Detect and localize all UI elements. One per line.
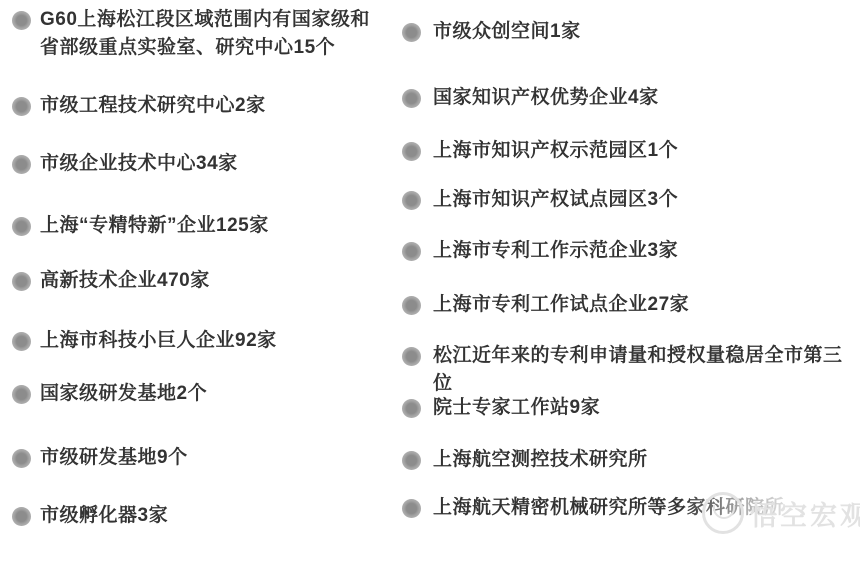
list-item: 上海市知识产权试点园区3个	[402, 186, 678, 214]
bullet-icon	[402, 142, 421, 161]
list-item: 国家知识产权优势企业4家	[402, 84, 659, 112]
bullet-icon	[402, 296, 421, 315]
list-item: 上海市知识产权示范园区1个	[402, 137, 678, 165]
list-item: 市级工程技术研究中心2家	[12, 92, 266, 120]
list-item: 上海航天精密机械研究所等多家科研院所	[402, 494, 784, 522]
bullet-icon	[402, 451, 421, 470]
list-item: 国家级研发基地2个	[12, 380, 207, 408]
list-item: 上海航空测控技术研究所	[402, 446, 648, 474]
list-item-text: 上海“专精特新”企业125家	[40, 212, 269, 240]
bullet-icon	[402, 499, 421, 518]
list-item-text: 市级企业技术中心34家	[40, 150, 238, 178]
list-item: G60上海松江段区域范围内有国家级和 省部级重点实验室、研究中心15个	[12, 6, 370, 62]
bullet-icon	[402, 23, 421, 42]
list-item: 上海市专利工作示范企业3家	[402, 237, 678, 265]
list-item-text: 市级孵化器3家	[40, 502, 168, 530]
bullet-icon	[402, 89, 421, 108]
list-item-text: 松江近年来的专利申请量和授权量稳居全市第三位	[433, 342, 860, 398]
list-item-text: 国家知识产权优势企业4家	[433, 84, 659, 112]
bullet-icon	[12, 507, 31, 526]
list-item-text: 上海市专利工作试点企业27家	[433, 291, 689, 319]
list-item-text: 市级工程技术研究中心2家	[40, 92, 266, 120]
list-item-text: 院士专家工作站9家	[433, 394, 600, 422]
infographic-page: G60上海松江段区域范围内有国家级和 省部级重点实验室、研究中心15个 市级工程…	[0, 0, 860, 562]
bullet-icon	[12, 449, 31, 468]
list-item-text: 高新技术企业470家	[40, 267, 210, 295]
bullet-icon	[12, 97, 31, 116]
list-item: 松江近年来的专利申请量和授权量稳居全市第三位	[402, 342, 860, 398]
bullet-icon	[402, 191, 421, 210]
list-item: 市级企业技术中心34家	[12, 150, 238, 178]
bullet-icon	[402, 399, 421, 418]
list-item: 市级孵化器3家	[12, 502, 168, 530]
list-item: 市级研发基地9个	[12, 444, 188, 472]
list-item-text: 市级众创空间1家	[433, 18, 581, 46]
list-item: 市级众创空间1家	[402, 18, 581, 46]
list-item: 上海市专利工作试点企业27家	[402, 291, 689, 319]
list-item: 上海“专精特新”企业125家	[12, 212, 269, 240]
list-item-text: G60上海松江段区域范围内有国家级和 省部级重点实验室、研究中心15个	[40, 6, 370, 62]
bullet-icon	[12, 332, 31, 351]
bullet-icon	[12, 217, 31, 236]
list-item: 高新技术企业470家	[12, 267, 210, 295]
list-item-text: 上海航天精密机械研究所等多家科研院所	[433, 494, 784, 522]
list-item-text: 上海市科技小巨人企业92家	[40, 327, 277, 355]
list-item-text: 上海市知识产权试点园区3个	[433, 186, 678, 214]
bullet-icon	[12, 155, 31, 174]
bullet-icon	[402, 347, 421, 366]
bullet-icon	[12, 11, 31, 30]
bullet-icon	[12, 385, 31, 404]
list-item: 上海市科技小巨人企业92家	[12, 327, 277, 355]
list-item-text: 上海航空测控技术研究所	[433, 446, 648, 474]
list-item-text: 上海市知识产权示范园区1个	[433, 137, 678, 165]
list-item: 院士专家工作站9家	[402, 394, 600, 422]
bullet-icon	[12, 272, 31, 291]
list-item-text: 上海市专利工作示范企业3家	[433, 237, 678, 265]
list-item-text: 市级研发基地9个	[40, 444, 188, 472]
list-item-text: 国家级研发基地2个	[40, 380, 207, 408]
bullet-icon	[402, 242, 421, 261]
